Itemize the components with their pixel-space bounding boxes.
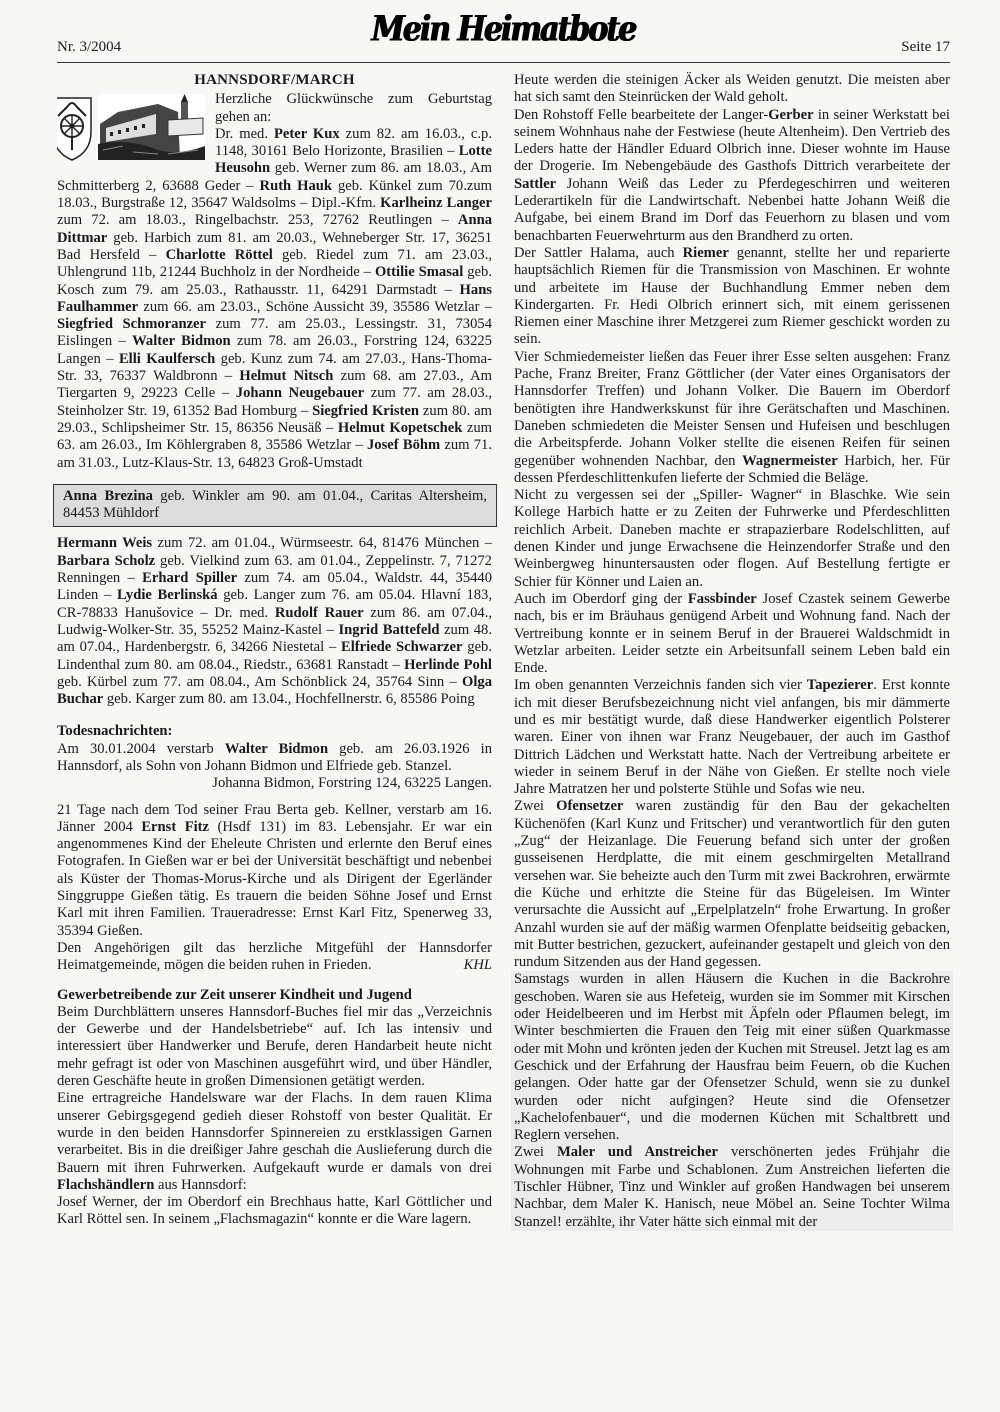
person-name: Ruth Hauk bbox=[260, 178, 332, 194]
page-header: Nr. 3/2004 Mein Heimatbote Seite 17 bbox=[57, 10, 950, 63]
paragraph-text: Im oben genannten Verzeichnis fanden sic… bbox=[514, 677, 807, 693]
person-name: Josef Böhm bbox=[367, 437, 440, 453]
bold-term: Sattler bbox=[514, 176, 556, 192]
paragraph-text: Zwei bbox=[514, 1144, 557, 1160]
person-name: Herlinde Pohl bbox=[404, 657, 492, 673]
person-name: Helmut Kopetschek bbox=[338, 420, 463, 436]
emblems bbox=[57, 92, 207, 172]
article-paragraph: Samstags wurden in allen Häusern die Kuc… bbox=[511, 971, 953, 1144]
obituary-name: Ernst Fitz bbox=[141, 819, 209, 835]
obituary-text: (Hsdf 131) im 83. Lebensjahr. Er war ein… bbox=[57, 819, 492, 939]
birthday-details: geb. Kürbel zum 77. am 08.04., Am Schönb… bbox=[57, 674, 462, 690]
person-name: Peter Kux bbox=[274, 126, 340, 142]
person-name: Hermann Weis bbox=[57, 535, 152, 551]
paragraph-text: Vier Schmiedemeister ließen das Feuer ih… bbox=[514, 349, 950, 469]
article-paragraph: Eine ertragreiche Handelsware war der Fl… bbox=[57, 1090, 492, 1194]
article-paragraph: Vier Schmiedemeister ließen das Feuer ih… bbox=[514, 349, 950, 487]
article-paragraph: Den Rohstoff Felle bearbeitete der Lange… bbox=[514, 107, 950, 245]
person-name: Elfriede Schwarzer bbox=[341, 639, 462, 655]
article-paragraph: Zwei Maler und Anstreicher verschönerten… bbox=[511, 1144, 953, 1230]
birthday-details: zum 72. am 18.03., Ringelbachstr. 253, 7… bbox=[57, 212, 458, 228]
birthday-details: zum 66. am 23.03., Schöne Aussicht 39, 3… bbox=[138, 299, 492, 315]
issue-number: Nr. 3/2004 bbox=[57, 39, 121, 56]
bold-term: Fassbinder bbox=[688, 591, 757, 607]
birthday-entries: Dr. med. Peter Kux zum 82. am 16.03., c.… bbox=[57, 126, 492, 471]
paragraph-text: Zwei bbox=[514, 798, 556, 814]
condolence-text: Den Angehörigen gilt das herzliche Mitge… bbox=[57, 940, 492, 973]
person-name: Charlotte Röttel bbox=[166, 247, 273, 263]
paragraph-text: Eine ertragreiche Handelsware war der Fl… bbox=[57, 1090, 492, 1175]
paragraph-text: Samstags wurden in allen Häusern die Kuc… bbox=[514, 971, 950, 1143]
person-name: Siegfried Schmoranzer bbox=[57, 316, 206, 332]
bold-term: Tapezierer bbox=[807, 677, 873, 693]
masthead-logo: Mein Heimatbote bbox=[372, 9, 636, 49]
article-heading: Gewerbetreibende zur Zeit unserer Kindhe… bbox=[57, 987, 492, 1004]
coat-of-arms-icon bbox=[57, 92, 94, 162]
article-paragraph: Beim Durchblättern unseres Hannsdorf-Buc… bbox=[57, 1004, 492, 1090]
obituary-walter-bidmon: Am 30.01.2004 verstarb Walter Bidmon geb… bbox=[57, 741, 492, 776]
birthday-section: Herzliche Glückwünsche zum Geburtstag ge… bbox=[57, 91, 492, 472]
page-number: Seite 17 bbox=[901, 39, 950, 56]
obituary-name: Walter Bidmon bbox=[225, 741, 328, 757]
highlight-box: Anna Brezina geb. Winkler am 90. am 01.0… bbox=[53, 484, 497, 528]
article-paragraph: Der Sattler Halama, auch Riemer genannt,… bbox=[514, 245, 950, 349]
right-column: Heute werden die steinigen Äcker als Wei… bbox=[514, 72, 950, 1231]
paragraph-text: Den Rohstoff Felle bearbeitete der Lange… bbox=[514, 107, 768, 123]
birthday-details: geb. Karger zum 80. am 13.04., Hochfelln… bbox=[103, 691, 474, 707]
article-paragraph: Auch im Oberdorf ging der Fassbinder Jos… bbox=[514, 591, 950, 677]
section-title: HANNSDORF/MARCH bbox=[57, 72, 492, 89]
obituary-ernst-fitz: 21 Tage nach dem Tod seiner Frau Berta g… bbox=[57, 802, 492, 940]
bold-term: Flachshändlern bbox=[57, 1177, 154, 1193]
article-paragraph: Im oben genannten Verzeichnis fanden sic… bbox=[514, 677, 950, 798]
article-paragraph: Josef Werner, der im Oberdorf ein Brechh… bbox=[57, 1194, 492, 1229]
person-name: Erhard Spiller bbox=[142, 570, 237, 586]
person-name: Johann Neugebauer bbox=[236, 385, 364, 401]
paragraph-text: aus Hannsdorf: bbox=[154, 1177, 246, 1193]
birthday-list-2: Hermann Weis zum 72. am 01.04., Würmsees… bbox=[57, 535, 492, 708]
person-name: Lydie Berlinská bbox=[117, 587, 218, 603]
paragraph-text: Auch im Oberdorf ging der bbox=[514, 591, 688, 607]
paragraph-text: waren zuständig für den Bau der gekachel… bbox=[514, 798, 950, 970]
person-name: Elli Kaulfersch bbox=[119, 351, 215, 367]
person-name: Karlheinz Langer bbox=[380, 195, 492, 211]
person-name: Siegfried Kristen bbox=[312, 403, 419, 419]
article-paragraph: Heute werden die steinigen Äcker als Wei… bbox=[514, 72, 950, 107]
person-name: Ottilie Smasal bbox=[375, 264, 463, 280]
person-name: Rudolf Rauer bbox=[275, 605, 364, 621]
article-paragraph: Nicht zu vergessen sei der „Spiller- Wag… bbox=[514, 487, 950, 591]
article-paragraph: Zwei Ofensetzer waren zuständig für den … bbox=[514, 798, 950, 971]
highlight-name: Anna Brezina bbox=[63, 488, 153, 504]
birthday-intro: Herzliche Glückwünsche zum Geburtstag ge… bbox=[215, 91, 492, 124]
paragraph-text: Johann Weiß das Leder zu Pferdegeschirre… bbox=[514, 176, 950, 244]
condolence: Den Angehörigen gilt das herzliche Mitge… bbox=[57, 940, 492, 975]
name-prefix: Dr. med. bbox=[215, 126, 274, 142]
author-signature: KHL bbox=[464, 957, 492, 974]
paragraph-text: Nicht zu vergessen sei der „Spiller- Wag… bbox=[514, 487, 950, 589]
left-column: HANNSDORF/MARCH bbox=[57, 72, 492, 1229]
person-name: Helmut Nitsch bbox=[239, 368, 333, 384]
paragraph-text: Heute werden die steinigen Äcker als Wei… bbox=[514, 72, 950, 105]
bold-term: Riemer bbox=[683, 245, 729, 261]
birthday-details: zum 72. am 01.04., Würmseestr. 64, 81476… bbox=[152, 535, 492, 551]
paragraph-text: Der Sattler Halama, auch bbox=[514, 245, 683, 261]
person-name: Ingrid Battefeld bbox=[338, 622, 439, 638]
person-name: Barbara Scholz bbox=[57, 553, 155, 569]
obituary-text: Am 30.01.2004 verstarb bbox=[57, 741, 225, 757]
bold-term: Gerber bbox=[768, 107, 813, 123]
paragraph-text: . Erst konnte ich mit dieser Berufsbezei… bbox=[514, 677, 950, 797]
castle-illustration-icon bbox=[98, 94, 205, 160]
bold-term: Maler und Anstreicher bbox=[557, 1144, 718, 1160]
obituary-contact: Johanna Bidmon, Forstring 124, 63225 Lan… bbox=[212, 775, 492, 792]
obituary-heading: Todesnachrichten: bbox=[57, 723, 492, 740]
person-name: Walter Bidmon bbox=[132, 333, 231, 349]
bold-term: Ofensetzer bbox=[556, 798, 623, 814]
bold-term: Wagnermeister bbox=[742, 453, 838, 469]
